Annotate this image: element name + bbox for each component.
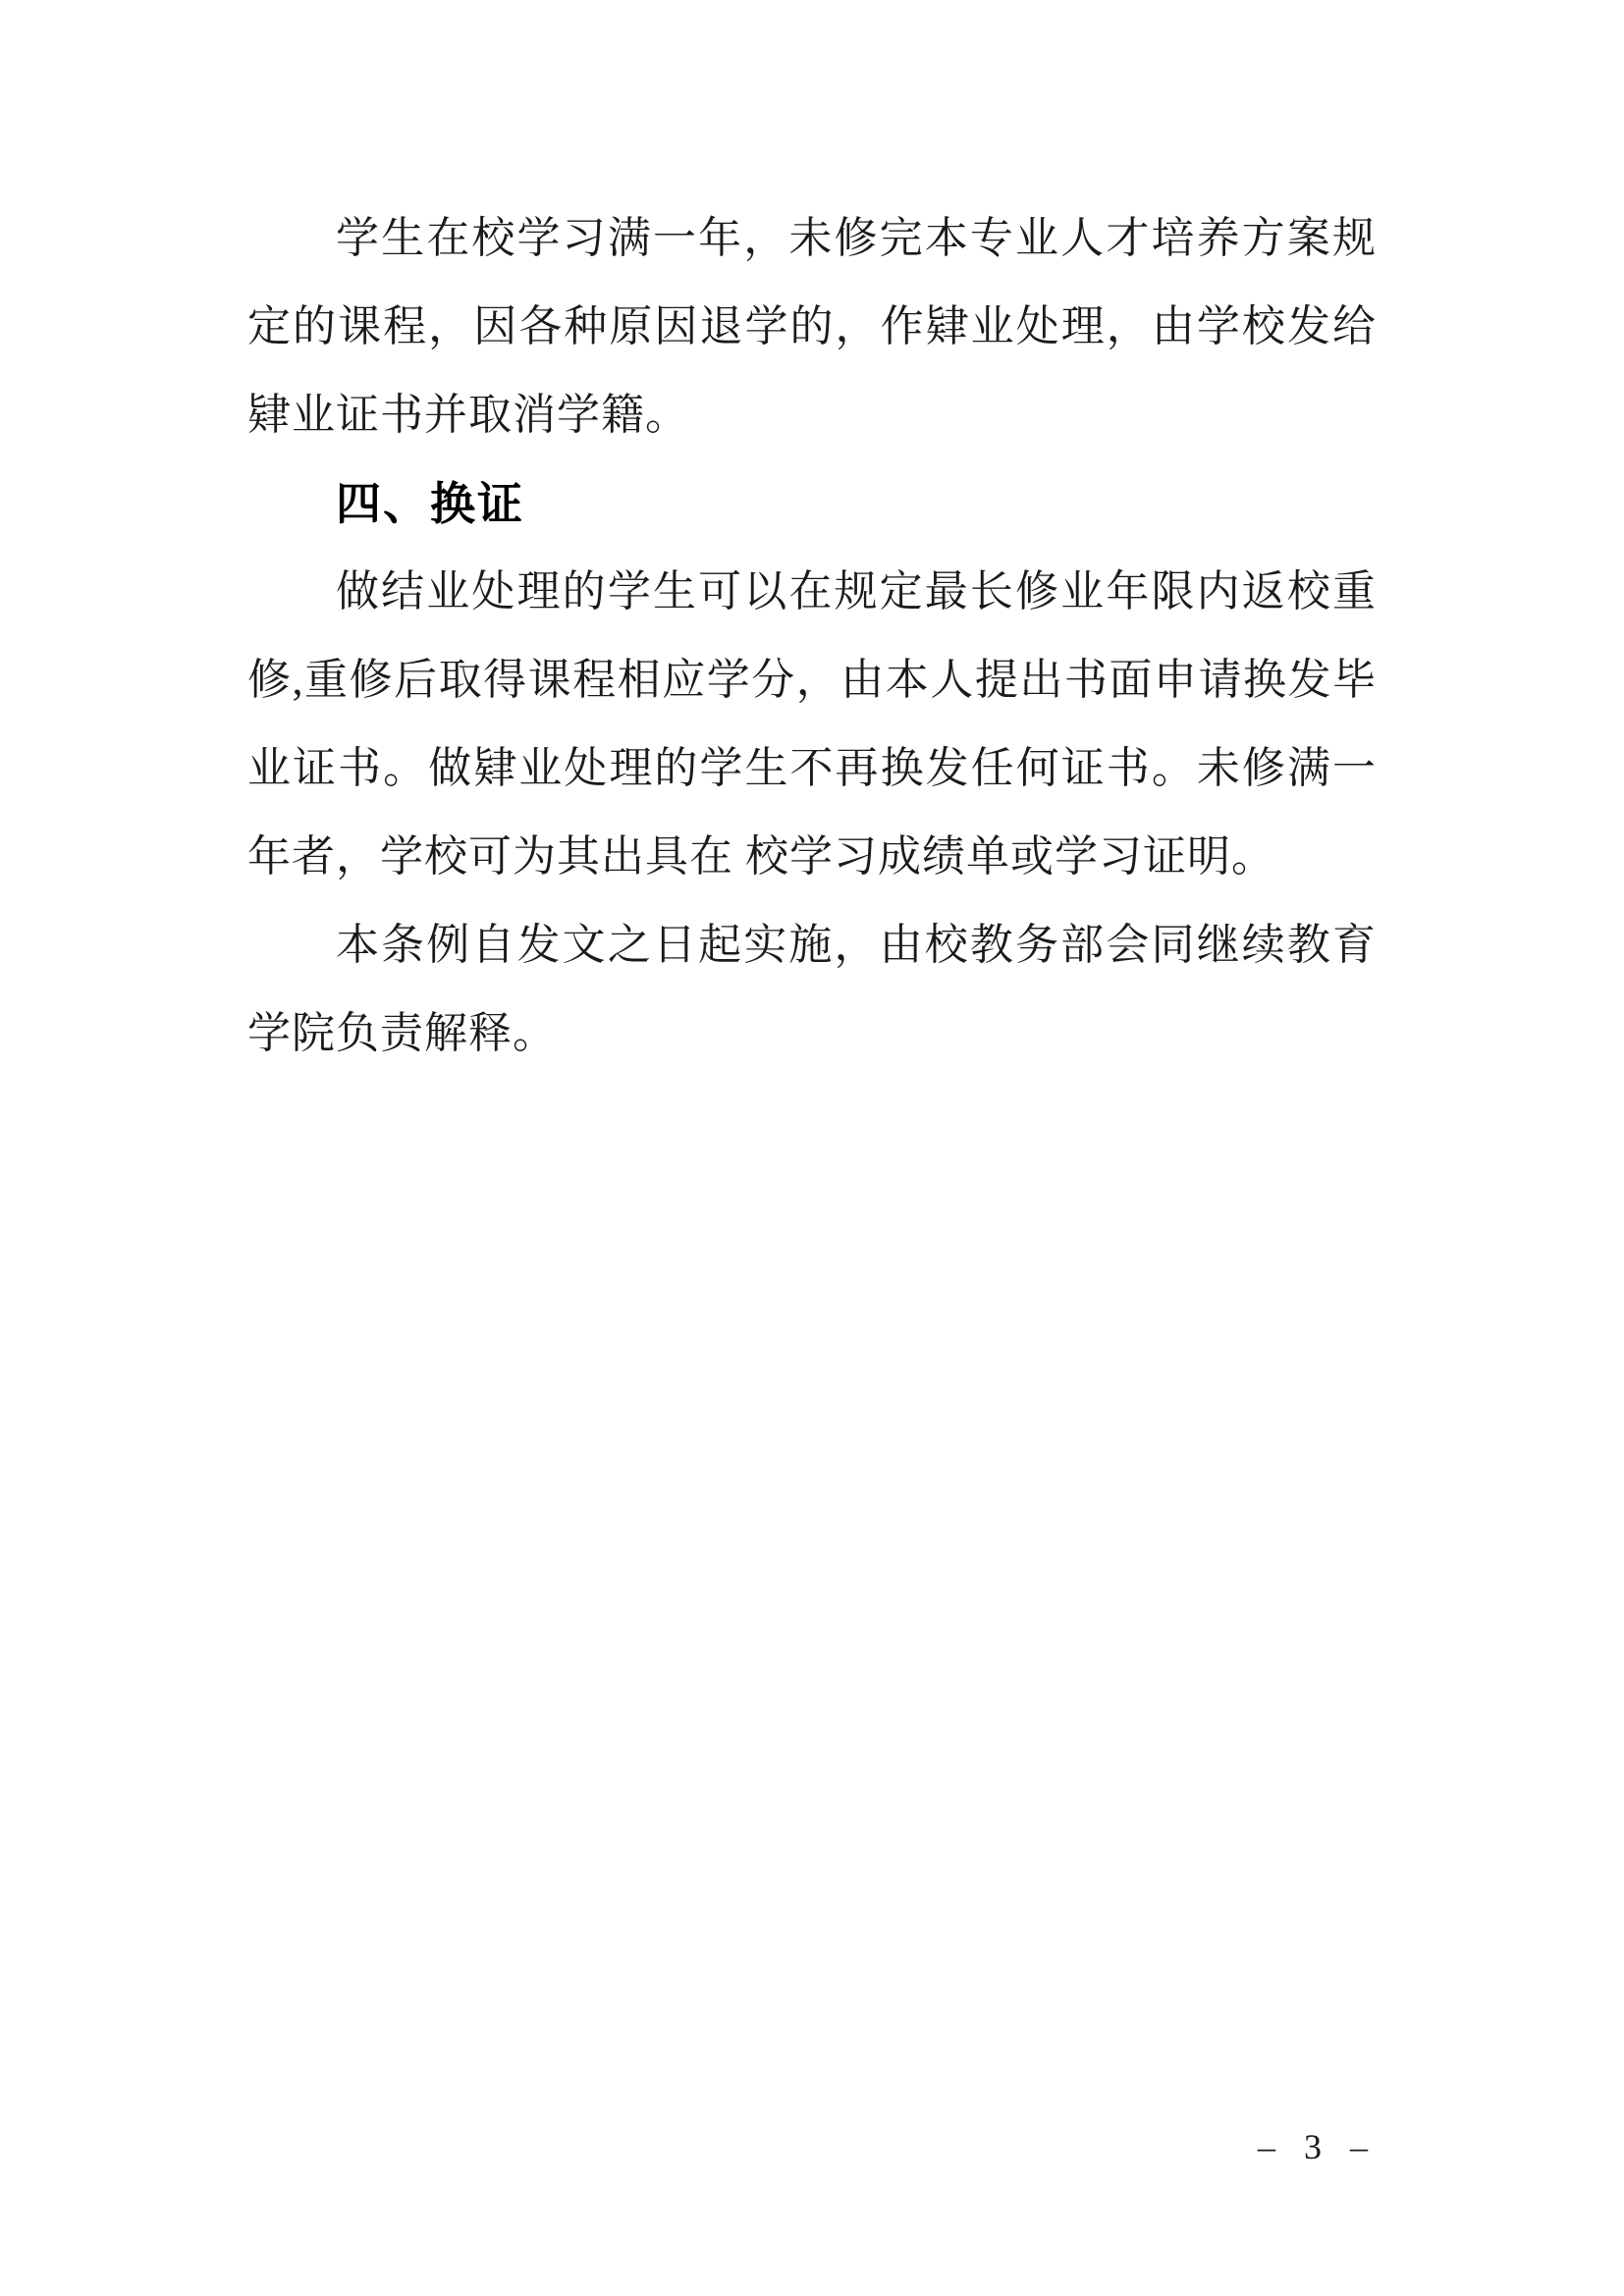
paragraph-certificate-exchange-rule: 做结业处理的学生可以在规定最长修业年限内返校重修,重修后取得课程相应学分，由本人… xyxy=(247,548,1377,901)
paragraph-dropout-rule: 学生在校学习满一年，未修完本专业人才培养方案规定的课程，因各种原因退学的，作肄业… xyxy=(247,194,1377,459)
document-body: 学生在校学习满一年，未修完本专业人才培养方案规定的课程，因各种原因退学的，作肄业… xyxy=(247,194,1377,1078)
section-heading-certificate-exchange: 四、换证 xyxy=(247,459,1377,548)
document-page: 学生在校学习满一年，未修完本专业人才培养方案规定的课程，因各种原因退学的，作肄业… xyxy=(0,0,1624,2296)
page-number: – 3 – xyxy=(1258,2123,1378,2170)
paragraph-effective-date: 本条例自发文之日起实施，由校教务部会同继续教育学院负责解释。 xyxy=(247,901,1377,1078)
